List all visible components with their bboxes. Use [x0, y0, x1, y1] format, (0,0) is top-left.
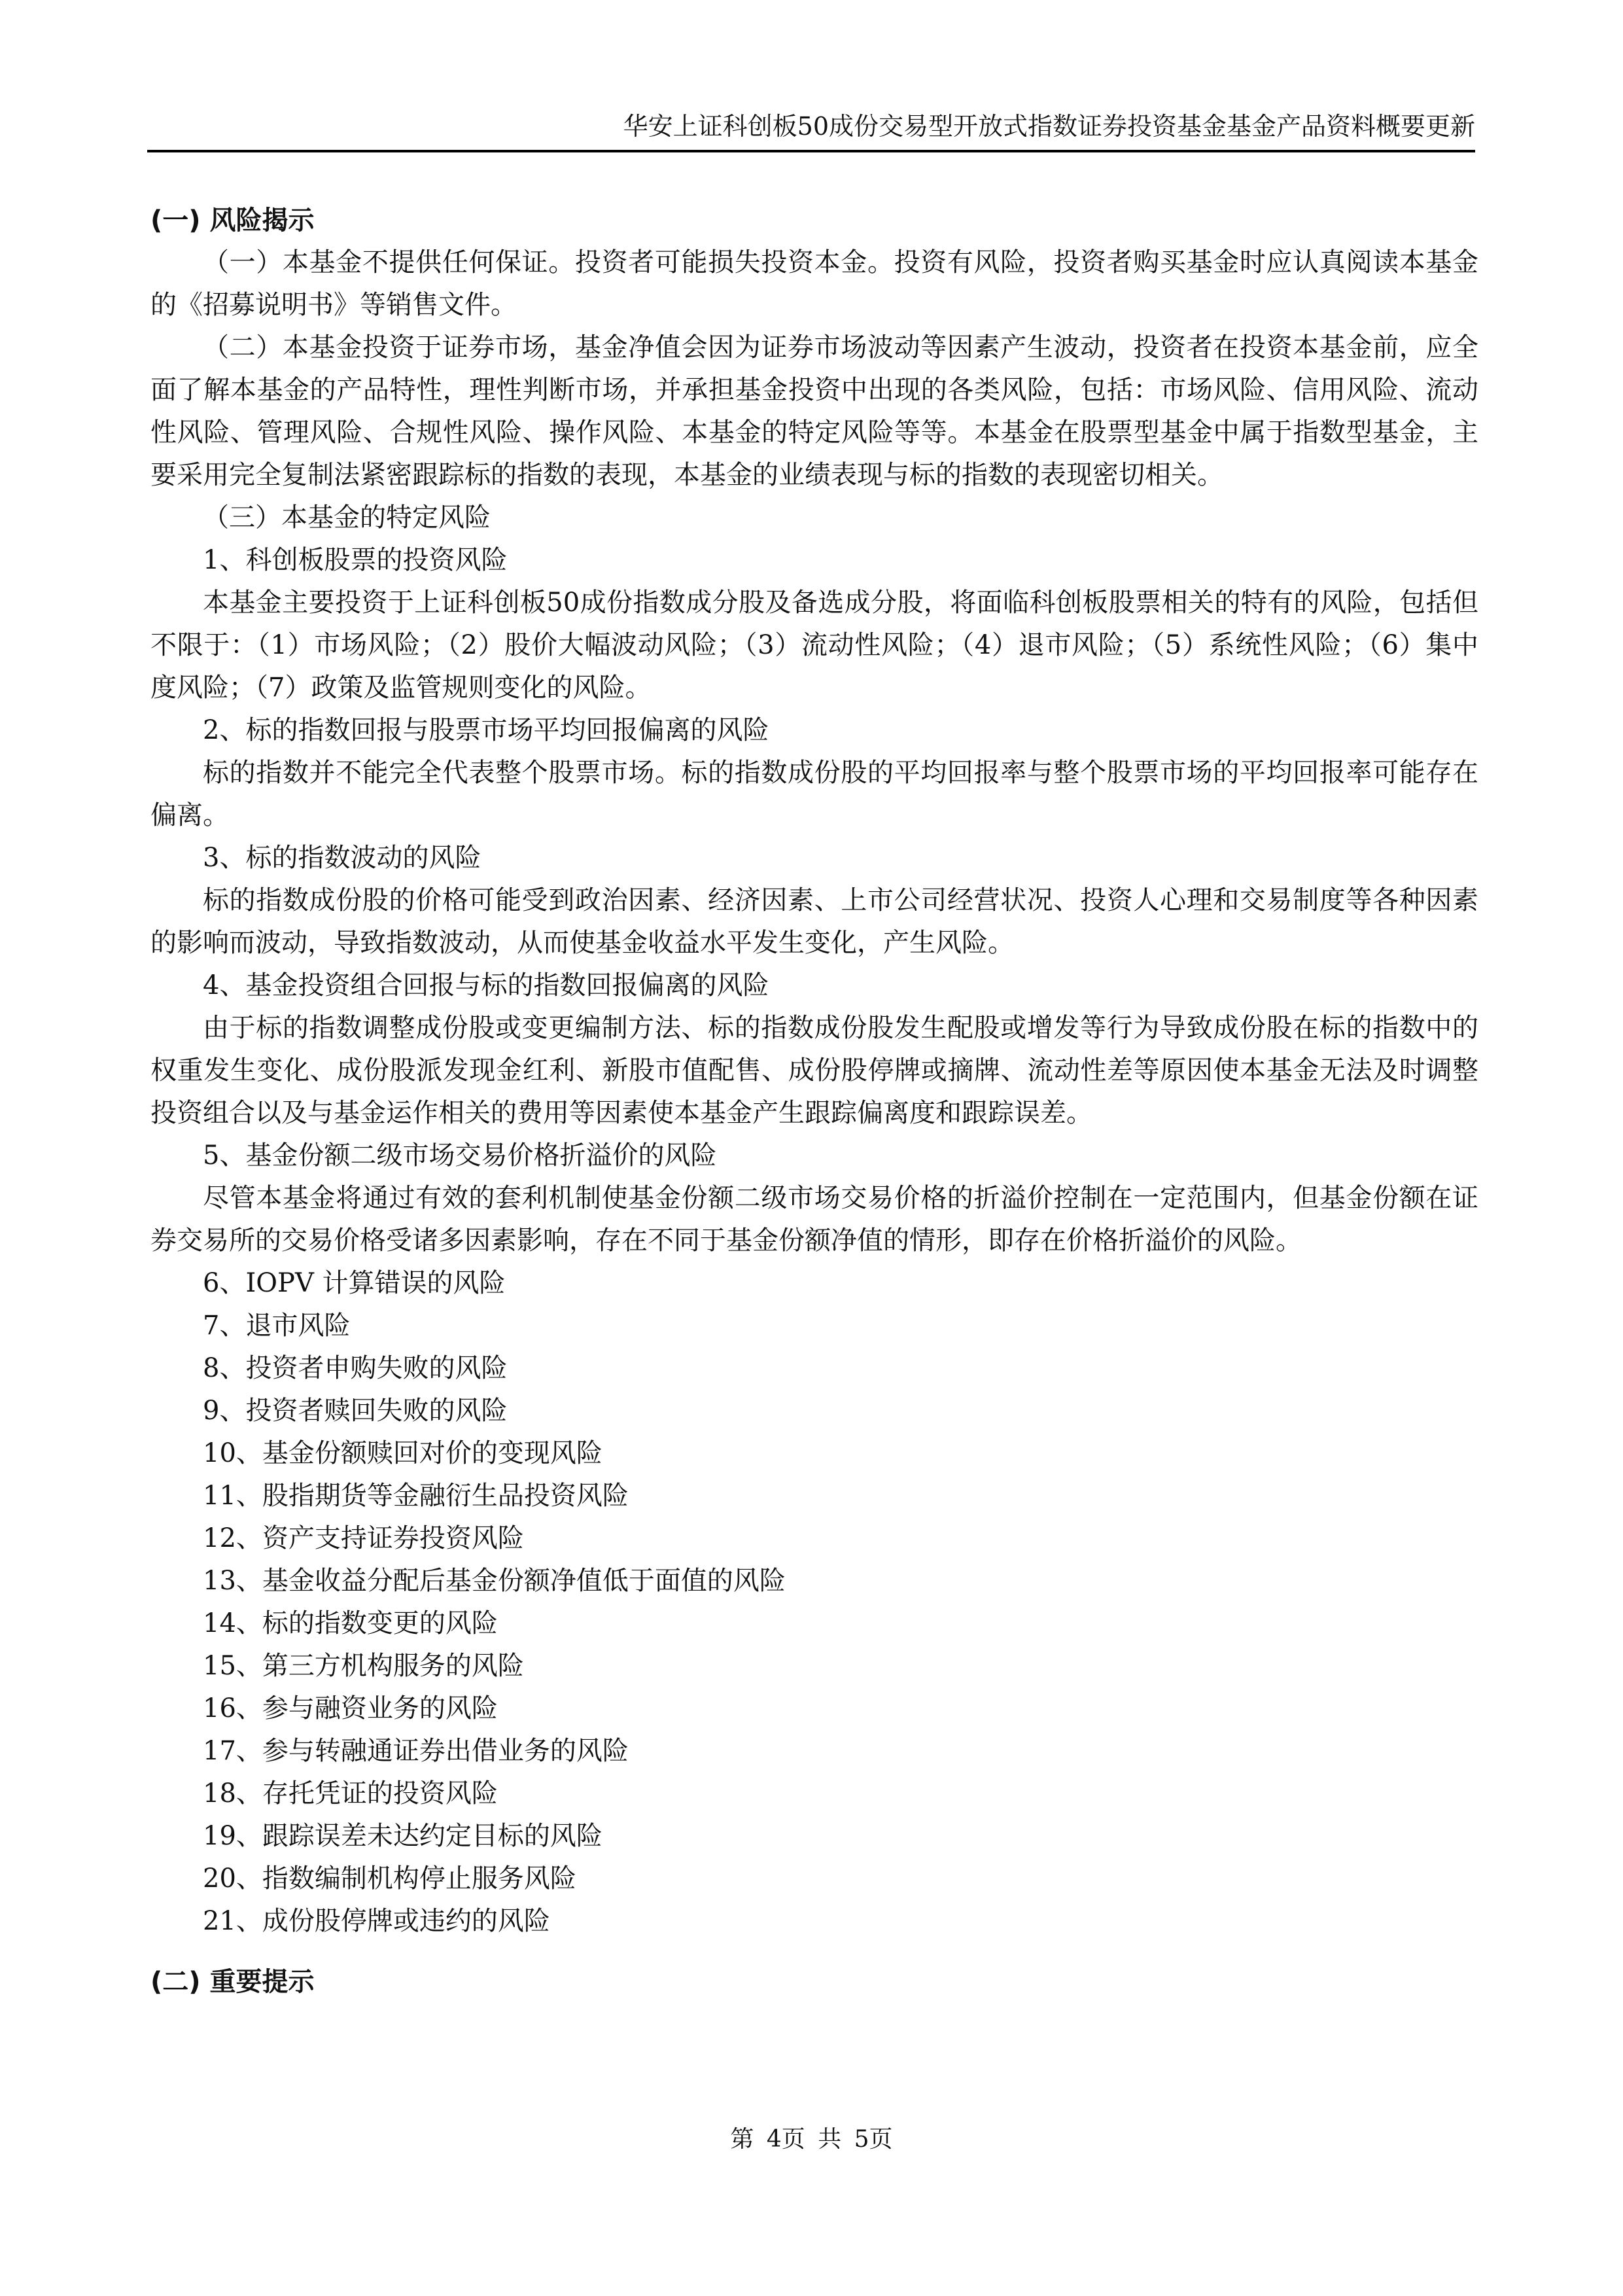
list-item: 21、成份股停牌或违约的风险 — [150, 1900, 1478, 1943]
paragraph-no-guarantee: （一）本基金不提供任何保证。投资者可能损失投资本金。投资有风险，投资者购买基金时… — [150, 241, 1478, 327]
list-item: 12、资产支持证券投资风险 — [150, 1517, 1478, 1560]
risk-item-title: 4、基金投资组合回报与标的指数回报偏离的风险 — [150, 964, 1478, 1007]
section-title-risk-disclosure: (一) 风险揭示 — [150, 200, 1478, 241]
risk-item-body: 尽管本基金将通过有效的套利机制使基金份额二级市场交易价格的折溢价控制在一定范围内… — [150, 1177, 1478, 1262]
paragraph-market-risk: （二）本基金投资于证券市场，基金净值会因为证券市场波动等因素产生波动，投资者在投… — [150, 327, 1478, 497]
risk-item-body: 标的指数并不能完全代表整个股票市场。标的指数成份股的平均回报率与整个股票市场的平… — [150, 752, 1478, 837]
list-item: 7、退市风险 — [150, 1305, 1478, 1347]
list-item: 9、投资者赎回失败的风险 — [150, 1390, 1478, 1432]
list-item: 16、参与融资业务的风险 — [150, 1687, 1478, 1730]
section-title-important-notice: (二) 重要提示 — [150, 1961, 1478, 2003]
list-item: 8、投资者申购失败的风险 — [150, 1347, 1478, 1390]
document-body: (一) 风险揭示 （一）本基金不提供任何保证。投资者可能损失投资本金。投资有风险… — [150, 200, 1478, 2003]
risk-item-title: 3、标的指数波动的风险 — [150, 837, 1478, 879]
page-header: 华安上证科创板50成份交易型开放式指数证券投资基金基金产品资料概要更新 — [147, 110, 1475, 143]
risk-item-title: 5、基金份额二级市场交易价格折溢价的风险 — [150, 1135, 1478, 1177]
document-title: 华安上证科创板50成份交易型开放式指数证券投资基金基金产品资料概要更新 — [623, 112, 1475, 141]
risk-item-body: 标的指数成份股的价格可能受到政治因素、经济因素、上市公司经营状况、投资人心理和交… — [150, 879, 1478, 964]
header-divider — [147, 150, 1475, 152]
page-number: 第 4页 共 5页 — [0, 2123, 1623, 2156]
risk-item-title: 1、科创板股票的投资风险 — [150, 539, 1478, 582]
list-item: 19、跟踪误差未达约定目标的风险 — [150, 1815, 1478, 1858]
list-item: 20、指数编制机构停止服务风险 — [150, 1858, 1478, 1900]
list-item: 13、基金收益分配后基金份额净值低于面值的风险 — [150, 1560, 1478, 1602]
paragraph-specific-risk-heading: （三）本基金的特定风险 — [150, 497, 1478, 539]
list-item: 18、存托凭证的投资风险 — [150, 1773, 1478, 1815]
list-item: 10、基金份额赎回对价的变现风险 — [150, 1432, 1478, 1475]
list-item: 17、参与转融通证券出借业务的风险 — [150, 1730, 1478, 1773]
risk-item-title: 2、标的指数回报与股票市场平均回报偏离的风险 — [150, 709, 1478, 752]
list-item: 6、IOPV 计算错误的风险 — [150, 1262, 1478, 1305]
risk-item-body: 由于标的指数调整成份股或变更编制方法、标的指数成份股发生配股或增发等行为导致成份… — [150, 1007, 1478, 1135]
risk-item-body: 本基金主要投资于上证科创板50成份指数成分股及备选成分股，将面临科创板股票相关的… — [150, 582, 1478, 709]
list-item: 14、标的指数变更的风险 — [150, 1602, 1478, 1645]
other-risks-list: 6、IOPV 计算错误的风险 7、退市风险 8、投资者申购失败的风险 9、投资者… — [150, 1262, 1478, 1943]
list-item: 15、第三方机构服务的风险 — [150, 1645, 1478, 1687]
list-item: 11、股指期货等金融衍生品投资风险 — [150, 1475, 1478, 1517]
